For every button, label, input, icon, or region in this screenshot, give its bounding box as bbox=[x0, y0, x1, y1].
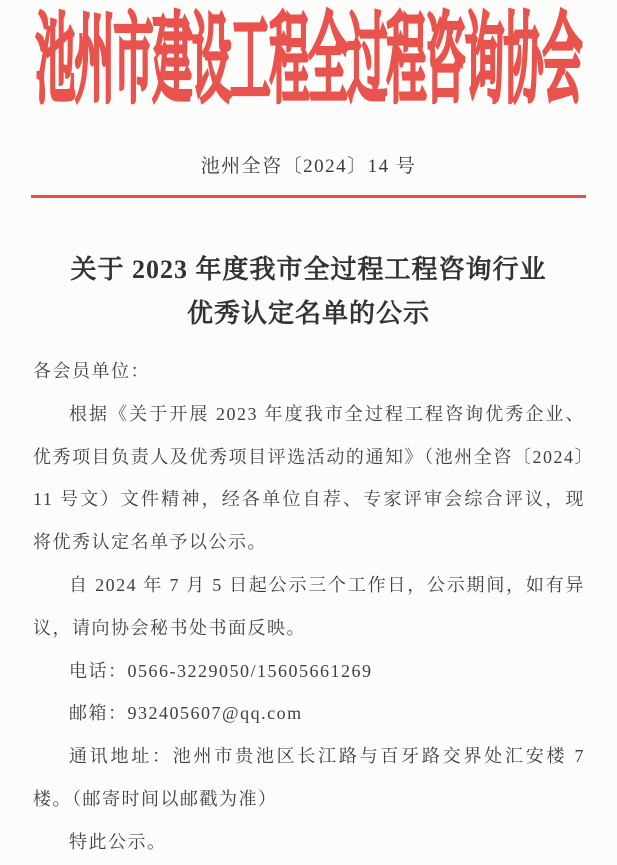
paragraph-publicity-period: 自 2024 年 7 月 5 日起公示三个工作日，公示期间，如有异议，请向协会秘… bbox=[33, 564, 585, 650]
document-body: 各会员单位： 根据《关于开展 2023 年度我市全过程工程咨询优秀企业、优秀项目… bbox=[33, 350, 585, 864]
paragraph-basis: 根据《关于开展 2023 年度我市全过程工程咨询优秀企业、优秀项目负责人及优秀项… bbox=[33, 393, 585, 564]
email-line: 邮箱：932405607@qq.com bbox=[33, 692, 585, 735]
phone-line: 电话：0566-3229050/15605661269 bbox=[33, 650, 585, 693]
salutation: 各会员单位： bbox=[33, 350, 585, 393]
document-page: 池州市建设工程全过程咨询协会 池州全咨〔2024〕14 号 关于 2023 年度… bbox=[0, 0, 617, 865]
org-name: 池州市建设工程全过程咨询协会 bbox=[36, 12, 582, 110]
document-title-line1: 关于 2023 年度我市全过程工程咨询行业 bbox=[70, 255, 546, 284]
org-name-banner: 池州市建设工程全过程咨询协会 bbox=[0, 0, 617, 118]
document-title: 关于 2023 年度我市全过程工程咨询行业 优秀认定名单的公示 bbox=[40, 248, 577, 336]
address-line: 通讯地址：池州市贵池区长江路与百牙路交界处汇安楼 7 楼。（邮寄时间以邮戳为准） bbox=[33, 735, 585, 821]
document-title-line2: 优秀认定名单的公示 bbox=[187, 299, 430, 328]
closing-line: 特此公示。 bbox=[33, 821, 585, 864]
letterhead: 池州市建设工程全过程咨询协会 池州全咨〔2024〕14 号 bbox=[0, 0, 617, 198]
doc-number: 池州全咨〔2024〕14 号 bbox=[0, 154, 617, 180]
red-divider-line bbox=[31, 195, 586, 198]
